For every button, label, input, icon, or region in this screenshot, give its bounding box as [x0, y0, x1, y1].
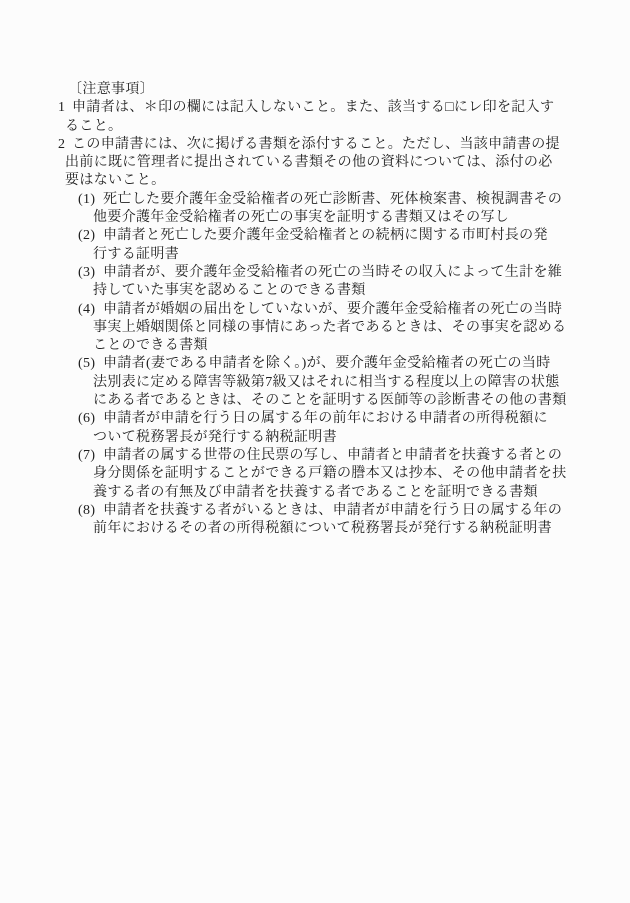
- attachment-item-1: (1) 死亡した要介護年金受給権者の死亡診断書、死体検案書、検視調書その 他要介…: [58, 191, 618, 228]
- sub-item-number: (3): [78, 264, 102, 282]
- sub-item-number: (1): [78, 191, 102, 209]
- item-number: 1: [58, 99, 72, 117]
- item-number: 2: [58, 136, 72, 154]
- attachment-item-6: (6) 申請者が申請を行う日の属する年の前年における申請者の所得税額に ついて税…: [58, 410, 618, 447]
- sub-item-number: (2): [78, 227, 102, 245]
- document-page: 〔注意事項〕 1 申請者は、＊印の欄には記入しないこと。また、該当する□にレ印を…: [0, 0, 630, 903]
- sub-item-number: (6): [78, 410, 102, 428]
- sub-item-number: (5): [78, 355, 102, 373]
- note-item-2: 2 この申請書には、次に掲げる書類を添付すること。ただし、当該申請書の提 出前に…: [58, 136, 618, 191]
- sub-item-text: 申請者(妻である申請者を除く。)が、要介護年金受給権者の死亡の当時 法別表に定め…: [58, 355, 618, 410]
- sub-item-text: 死亡した要介護年金受給権者の死亡診断書、死体検案書、検視調書その 他要介護年金受…: [58, 191, 618, 228]
- sub-item-text: 申請者の属する世帯の住民票の写し、申請者と申請者を扶養する者との 身分関係を証明…: [58, 447, 618, 502]
- item-text: この申請書には、次に掲げる書類を添付すること。ただし、当該申請書の提 出前に既に…: [58, 136, 618, 191]
- sub-item-text: 申請者を扶養する者がいるときは、申請者が申請を行う日の属する年の 前年におけるそ…: [58, 502, 618, 539]
- sub-item-number: (8): [78, 502, 102, 520]
- note-item-1: 1 申請者は、＊印の欄には記入しないこと。また、該当する□にレ印を記入す ること…: [58, 99, 618, 136]
- sub-item-text: 申請者が申請を行う日の属する年の前年における申請者の所得税額に ついて税務署長が…: [58, 410, 618, 447]
- attachment-item-2: (2) 申請者と死亡した要介護年金受給権者との続柄に関する市町村長の発 行する証…: [58, 227, 618, 264]
- sub-item-number: (4): [78, 301, 102, 319]
- sub-item-text: 申請者が婚姻の届出をしていないが、要介護年金受給権者の死亡の当時 事実上婚姻関係…: [58, 301, 618, 356]
- sub-item-number: (7): [78, 447, 102, 465]
- attachment-item-7: (7) 申請者の属する世帯の住民票の写し、申請者と申請者を扶養する者との 身分関…: [58, 447, 618, 502]
- attachment-item-4: (4) 申請者が婚姻の届出をしていないが、要介護年金受給権者の死亡の当時 事実上…: [58, 301, 618, 356]
- attachment-item-3: (3) 申請者が、要介護年金受給権者の死亡の当時その収入によって生計を維 持して…: [58, 264, 618, 301]
- sub-item-text: 申請者と死亡した要介護年金受給権者との続柄に関する市町村長の発 行する証明書: [58, 227, 618, 264]
- notice-section: 〔注意事項〕 1 申請者は、＊印の欄には記入しないこと。また、該当する□にレ印を…: [58, 81, 618, 538]
- notice-title: 〔注意事項〕: [58, 81, 618, 99]
- attachment-item-5: (5) 申請者(妻である申請者を除く。)が、要介護年金受給権者の死亡の当時 法別…: [58, 355, 618, 410]
- sub-item-text: 申請者が、要介護年金受給権者の死亡の当時その収入によって生計を維 持していた事実…: [58, 264, 618, 301]
- item-text: 申請者は、＊印の欄には記入しないこと。また、該当する□にレ印を記入す ること。: [58, 99, 618, 136]
- attachment-item-8: (8) 申請者を扶養する者がいるときは、申請者が申請を行う日の属する年の 前年に…: [58, 502, 618, 539]
